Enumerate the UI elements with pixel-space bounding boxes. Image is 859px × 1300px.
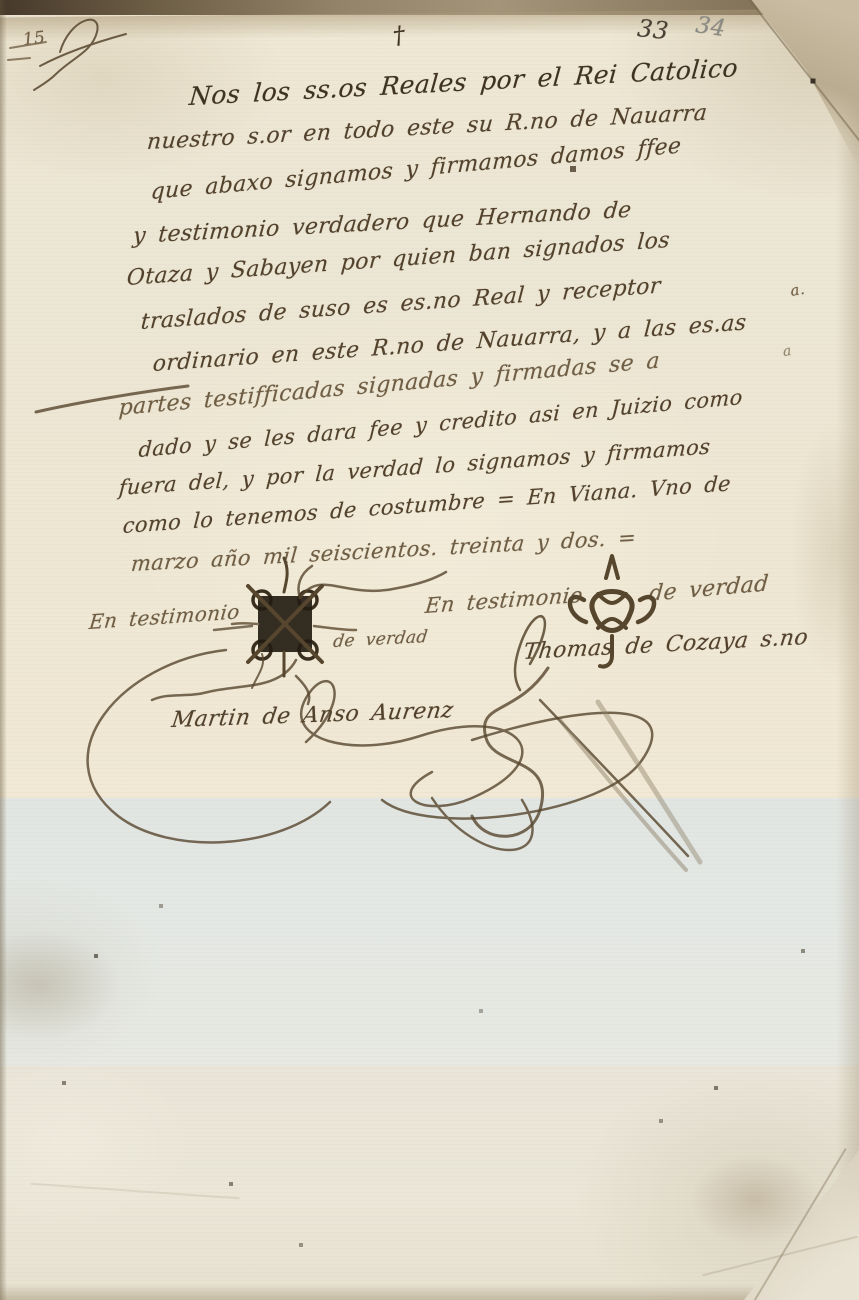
martin-signature-flourish <box>88 650 700 862</box>
left-sign-lower-flourish <box>152 660 309 704</box>
archival-rubric-flourish <box>8 20 126 90</box>
left-sign-upper-flourish <box>299 566 447 598</box>
ink-flourishes-overlay <box>0 0 859 1300</box>
manuscript-page-scan: 15 † 33 34 a. a Nos los ss.os Reales por… <box>0 0 859 1300</box>
attestation-left-dash <box>214 626 252 630</box>
notarial-sign-square-knot-icon <box>232 558 356 676</box>
line-lead-in-stroke <box>36 386 188 412</box>
notarial-sign-fleur-knot-icon <box>570 556 654 667</box>
thomas-rubric-flourish <box>472 668 688 870</box>
